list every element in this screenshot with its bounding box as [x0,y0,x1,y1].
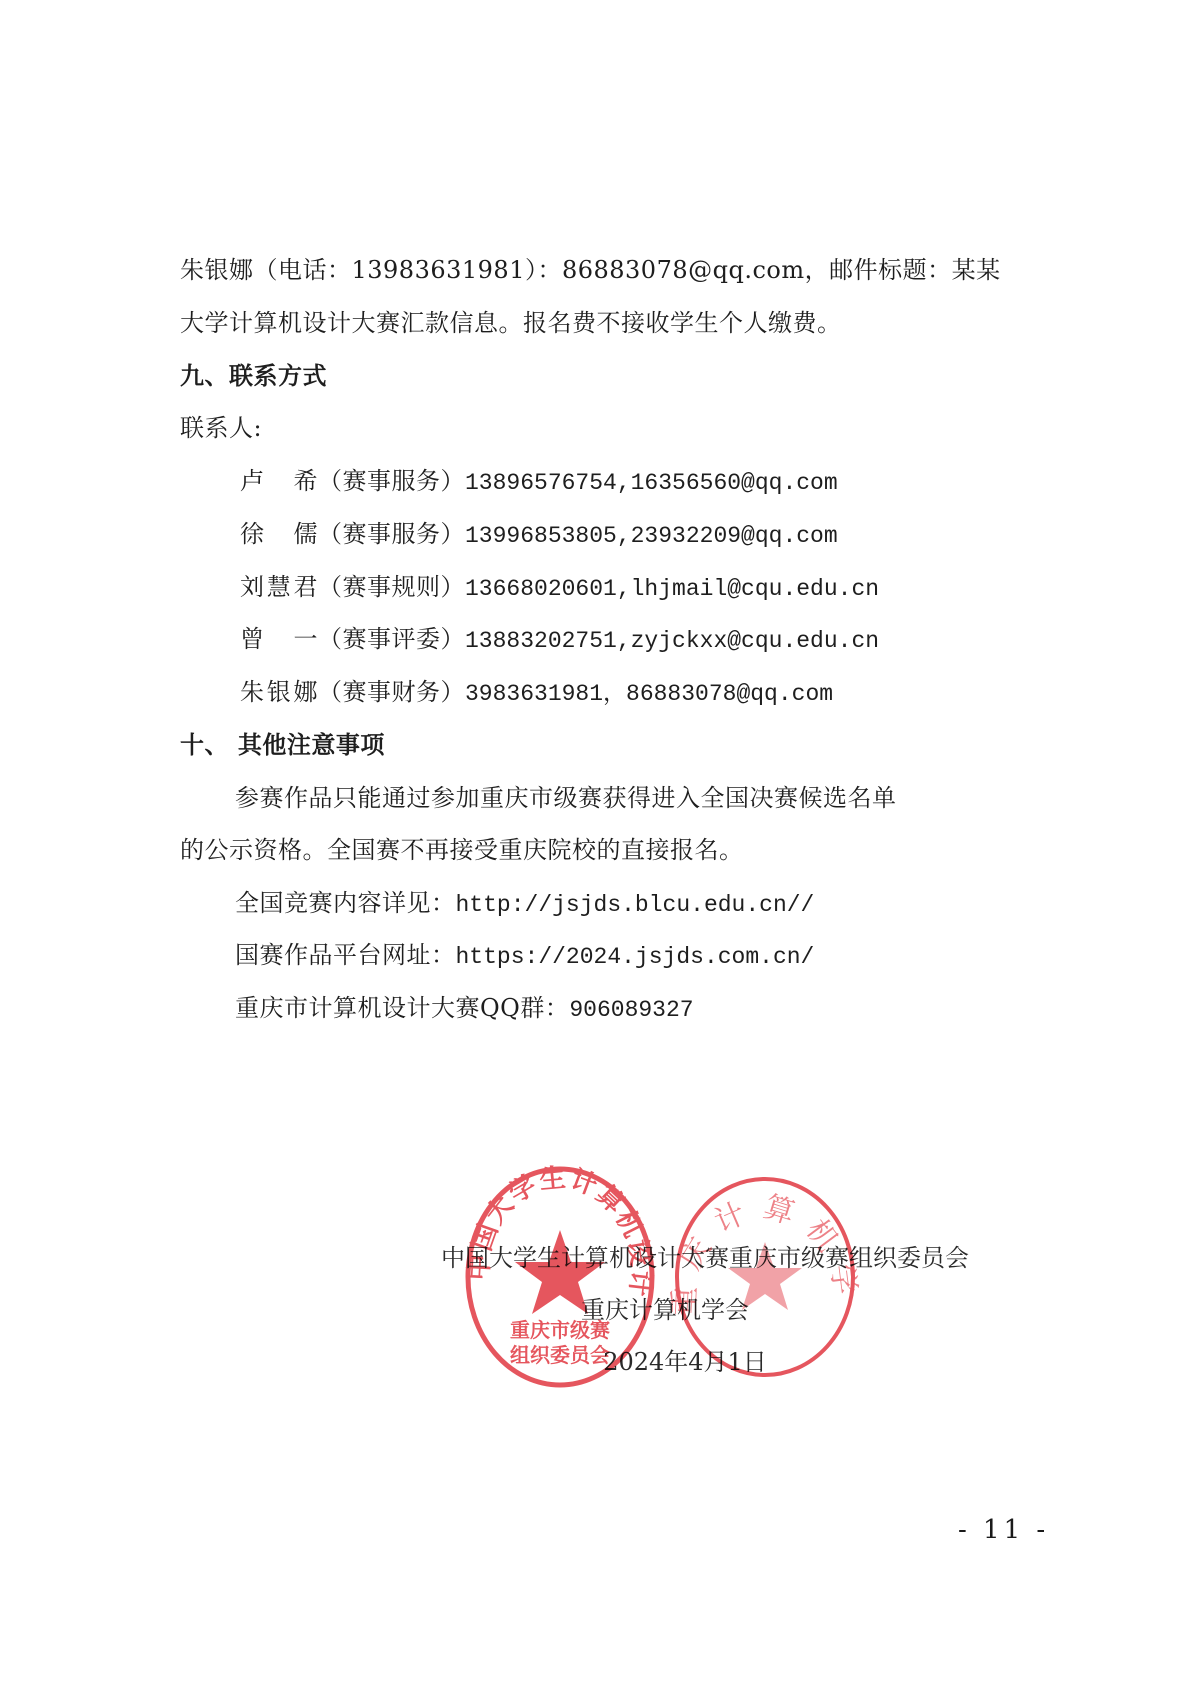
contact-detail: 13896576754,16356560@qq.com [465,470,838,496]
national-contest-url[interactable]: http://jsjds.blcu.edu.cn// [456,892,815,918]
contact-role: （赛事服务） [318,467,465,495]
section-heading-notes: 十、 其他注意事项 [180,725,385,765]
paragraph-line: 的公示资格。全国赛不再接受重庆院校的直接报名。 [180,830,744,870]
seal-inner-line1: 重庆市级赛 [510,1318,610,1342]
submission-platform-link-row: 国赛作品平台网址：https://2024.jsjds.com.cn/ [235,935,814,975]
contacts-label: 联系人: [180,408,262,448]
paragraph-line: 朱银娜（电话：13983631981）：86883078@qq.com，邮件标题… [180,250,1001,290]
contact-role: （赛事财务） [318,678,465,706]
national-contest-link-row: 全国竞赛内容详见：http://jsjds.blcu.edu.cn// [235,883,814,923]
qq-group-number: 906089327 [569,997,693,1023]
contact-detail: 3983631981，86883078@qq.com [465,681,833,707]
section-heading-contact: 九、联系方式 [180,356,327,396]
document-page: 朱银娜（电话：13983631981）：86883078@qq.com，邮件标题… [0,0,1191,1684]
qq-group-row: 重庆市计算机设计大赛QQ群：906089327 [235,988,694,1028]
official-seal-right: 重庆计算机学会 [670,1172,860,1382]
contact-row: 卢 希（赛事服务）13896576754,16356560@qq.com [240,461,838,501]
contact-row: 刘慧君（赛事规则）13668020601,lhjmail@cqu.edu.cn [240,567,879,607]
paragraph-line: 大学计算机设计大赛汇款信息。报名费不接收学生个人缴费。 [180,303,842,343]
link-label: 全国竞赛内容详见： [235,889,456,917]
page-number: - 11 - [958,1512,1049,1548]
contact-role: （赛事服务） [318,520,465,548]
contact-detail: 13883202751,zyjckxx@cqu.edu.cn [465,628,879,654]
contact-role: （赛事规则） [318,573,465,601]
submission-platform-url[interactable]: https://2024.jsjds.com.cn/ [456,944,815,970]
qq-group-label: 重庆市计算机设计大赛QQ群： [235,994,569,1022]
contact-row: 徐 儒（赛事服务）13996853805,23932209@qq.com [240,514,838,554]
contact-name: 曾 一 [240,619,318,659]
contact-name: 徐 儒 [240,514,318,554]
official-seal-left: 中国大学生计算机设计大赛 重庆市级赛 组织委员会 [460,1162,660,1392]
contact-detail: 13668020601,lhjmail@cqu.edu.cn [465,576,879,602]
contact-name: 卢 希 [240,461,318,501]
seal-inner-line2: 组织委员会 [510,1343,610,1367]
link-label: 国赛作品平台网址： [235,941,456,969]
contact-name: 刘慧君 [240,567,318,607]
contact-role: （赛事评委） [318,625,465,653]
contact-detail: 13996853805,23932209@qq.com [465,523,838,549]
paragraph-line: 参赛作品只能通过参加重庆市级赛获得进入全国决赛候选名单 [235,778,897,818]
contact-row: 曾 一（赛事评委）13883202751,zyjckxx@cqu.edu.cn [240,619,879,659]
contact-name: 朱银娜 [240,672,318,712]
contact-row: 朱银娜（赛事财务）3983631981，86883078@qq.com [240,672,833,712]
